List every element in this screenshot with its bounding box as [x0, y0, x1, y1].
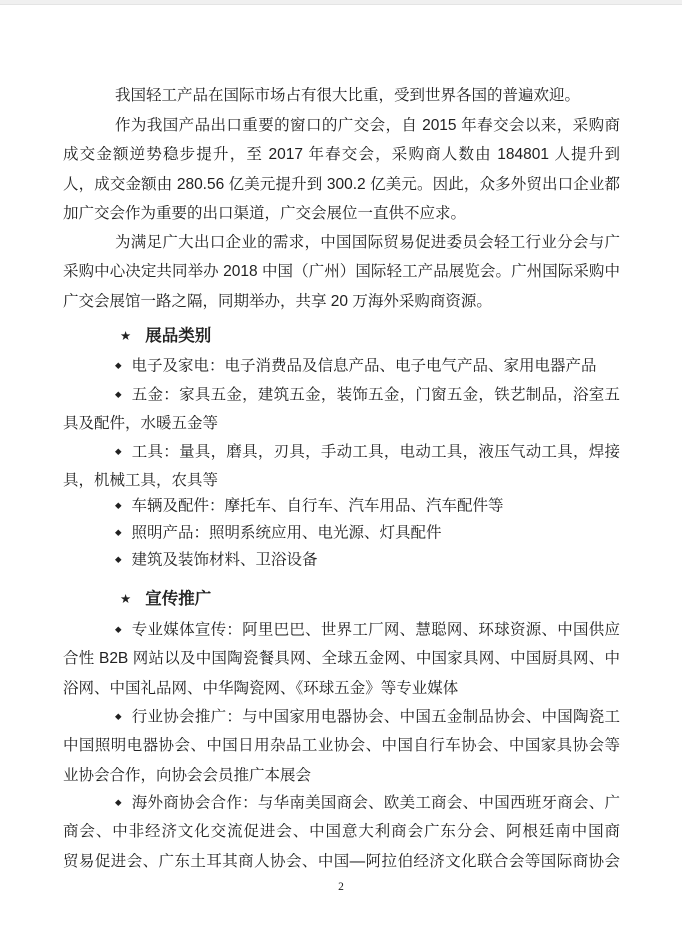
- bullet-item: ◆工具：量具，磨具，刃具，手动工具，电动工具，液压气动工具，焊接切割工 具，机械…: [63, 437, 620, 496]
- bullet-text: 五金：家具五金，建筑五金，装饰五金，门窗五金，铁艺制品，浴室五金，锁: [63, 387, 620, 410]
- paragraph-line: 我国轻工产品在国际市场占有很大比重，受到世界各国的普遍欢迎。: [63, 81, 620, 110]
- section-heading-label: 展品类别: [145, 327, 211, 345]
- paragraph-line: 加广交会作为重要的出口渠道，广交会展位一直供不应求。: [63, 199, 620, 228]
- diamond-bullet-icon: ◆: [115, 797, 122, 807]
- bullet-item: ◆五金：家具五金，建筑五金，装饰五金，门窗五金，铁艺制品，浴室五金，锁 具及配件…: [63, 380, 620, 439]
- paragraph-line: 广交会展馆一路之隔，同期举办，共享 20 万海外采购商资源。: [63, 287, 620, 316]
- paragraph-line: 为满足广大出口企业的需求，中国国际贸易促进委员会轻工行业分会与广州国际: [63, 228, 620, 257]
- bullet-text: 建筑及装饰材料、卫浴设备: [132, 552, 318, 569]
- bullet-line: 合性 B2B 网站以及中国陶瓷餐具网、全球五金网、中国家具网、中国厨具网、中华卫: [63, 644, 620, 673]
- bullet-line: ◆建筑及装饰材料、卫浴设备: [63, 545, 620, 574]
- bullet-item: ◆行业协会推广：与中国家用电器协会、中国五金制品协会、中国陶瓷工业协会、 中国照…: [63, 702, 620, 790]
- bullet-text: 照明产品：照明系统应用、电光源、灯具配件: [132, 525, 442, 542]
- diamond-bullet-icon: ◆: [115, 711, 122, 721]
- diamond-bullet-icon: ◆: [115, 360, 122, 370]
- bullet-line: 商会、中非经济文化交流促进会、中国意大利商会广东分会、阿根廷南中国商会、香港: [63, 817, 620, 846]
- bullet-item: ◆照明产品：照明系统应用、电光源、灯具配件: [63, 518, 620, 547]
- bullet-item: ◆车辆及配件：摩托车、自行车、汽车用品、汽车配件等: [63, 491, 620, 520]
- diamond-bullet-icon: ◆: [115, 624, 122, 634]
- bullet-item: ◆建筑及装饰材料、卫浴设备: [63, 545, 620, 574]
- paragraph-line: 采购中心决定共同举办 2018 中国（广州）国际轻工产品展览会。广州国际采购中心…: [63, 257, 620, 286]
- bullet-line: ◆专业媒体宣传：阿里巴巴、世界工厂网、慧聪网、环球资源、中国供应商等综: [63, 615, 620, 644]
- bullet-line: ◆工具：量具，磨具，刃具，手动工具，电动工具，液压气动工具，焊接切割工: [63, 437, 620, 466]
- bullet-item: ◆海外商协会合作：与华南美国商会、欧美工商会、中国西班牙商会、广州韩国 商会、中…: [63, 788, 620, 876]
- bullet-text: 车辆及配件：摩托车、自行车、汽车用品、汽车配件等: [132, 498, 504, 515]
- paragraph: 为满足广大出口企业的需求，中国国际贸易促进委员会轻工行业分会与广州国际 采购中心…: [63, 228, 620, 316]
- bullet-line: ◆行业协会推广：与中国家用电器协会、中国五金制品协会、中国陶瓷工业协会、: [63, 702, 620, 731]
- section-heading-label: 宣传推广: [145, 590, 211, 608]
- paragraph-line: 作为我国产品出口重要的窗口的广交会，自 2015 年春交会以来，采购商人数、: [63, 111, 620, 140]
- paragraph-line: 人，成交金额由 280.56 亿美元提升到 300.2 亿美元。因此，众多外贸出…: [63, 170, 620, 199]
- bullet-text: 工具：量具，磨具，刃具，手动工具，电动工具，液压气动工具，焊接切割工: [63, 444, 620, 467]
- bullet-text: 电子及家电：电子消费品及信息产品、电子电气产品、家用电器产品: [132, 358, 597, 375]
- bullet-text: 行业协会推广：与中国家用电器协会、中国五金制品协会、中国陶瓷工业协会、: [63, 709, 620, 732]
- bullet-line: ◆海外商协会合作：与华南美国商会、欧美工商会、中国西班牙商会、广州韩国: [63, 788, 620, 817]
- bullet-item: ◆专业媒体宣传：阿里巴巴、世界工厂网、慧聪网、环球资源、中国供应商等综 合性 B…: [63, 615, 620, 703]
- bullet-text: 专业媒体宣传：阿里巴巴、世界工厂网、慧聪网、环球资源、中国供应商等综: [63, 622, 620, 645]
- bullet-line: ◆照明产品：照明系统应用、电光源、灯具配件: [63, 518, 620, 547]
- bullet-line: 业协会合作，向协会会员推广本展会: [63, 761, 620, 790]
- bullet-line: ◆车辆及配件：摩托车、自行车、汽车用品、汽车配件等: [63, 491, 620, 520]
- diamond-bullet-icon: ◆: [115, 500, 122, 510]
- diamond-bullet-icon: ◆: [115, 389, 122, 399]
- bullet-line: 贸易促进会、广东土耳其商人协会、中国—阿拉伯经济文化联合会等国际商协会机构建: [63, 847, 620, 876]
- star-icon: ★: [120, 329, 131, 343]
- page-top-edge: [0, 0, 682, 5]
- document-page: 我国轻工产品在国际市场占有很大比重，受到世界各国的普遍欢迎。 作为我国产品出口重…: [0, 0, 682, 941]
- diamond-bullet-icon: ◆: [115, 446, 122, 456]
- bullet-line: 中国照明电器协会、中国日用杂品工业协会、中国自行车协会、中国家具协会等相关行: [63, 731, 620, 760]
- bullet-line: ◆电子及家电：电子消费品及信息产品、电子电气产品、家用电器产品: [63, 351, 620, 380]
- paragraph: 我国轻工产品在国际市场占有很大比重，受到世界各国的普遍欢迎。: [63, 81, 620, 110]
- bullet-line: ◆五金：家具五金，建筑五金，装饰五金，门窗五金，铁艺制品，浴室五金，锁: [63, 380, 620, 409]
- bullet-line: 具及配件，水暖五金等: [63, 409, 620, 438]
- section-heading-promotion: ★宣传推广: [63, 585, 620, 614]
- paragraph: 作为我国产品出口重要的窗口的广交会，自 2015 年春交会以来，采购商人数、 成…: [63, 111, 620, 229]
- bullet-item: ◆电子及家电：电子消费品及信息产品、电子电气产品、家用电器产品: [63, 351, 620, 380]
- bullet-line: 浴网、中国礼品网、中华陶瓷网、《环球五金》等专业媒体: [63, 674, 620, 703]
- star-icon: ★: [120, 592, 131, 606]
- section-heading-exhibits: ★展品类别: [63, 322, 620, 351]
- bullet-text: 海外商协会合作：与华南美国商会、欧美工商会、中国西班牙商会、广州韩国: [63, 795, 620, 818]
- paragraph-line: 成交金额逆势稳步提升，至 2017 年春交会，采购商人数由 184801 人提升…: [63, 140, 620, 169]
- page-number: 2: [0, 879, 682, 895]
- diamond-bullet-icon: ◆: [115, 554, 122, 564]
- diamond-bullet-icon: ◆: [115, 527, 122, 537]
